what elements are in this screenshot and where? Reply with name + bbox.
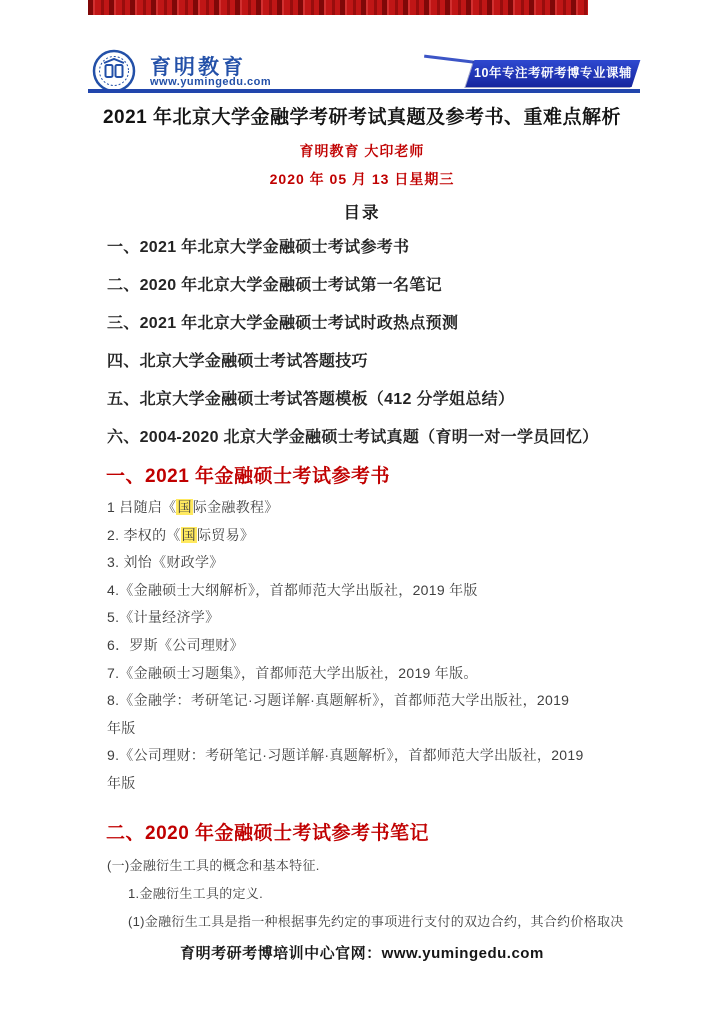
doc-date: 2020 年 05 月 13 日星期三 <box>0 169 724 189</box>
book-item-6: 6．罗斯《公司理财》 <box>107 632 636 660</box>
toc-heading: 目录 <box>0 199 724 223</box>
book-item-5: 5.《计量经济学》 <box>107 604 636 632</box>
toc-item-5: 五、北京大学金融硕士考试答题模板（412 分学姐总结） <box>107 389 598 411</box>
book-item-1: 1 吕随启《国际金融教程》 <box>107 494 636 522</box>
book-text: 2. 李权的《 <box>107 527 181 543</box>
book-list: 1 吕随启《国际金融教程》 2. 李权的《国际贸易》 3. 刘怡《财政学》 4.… <box>107 494 636 798</box>
footer-text: 育明考研考博培训中心官网：www.yumingedu.com <box>0 942 724 963</box>
toc-item-4: 四、北京大学金融硕士考试答题技巧 <box>107 351 598 373</box>
header-rule <box>88 89 640 93</box>
note-line-3: (1)金融衍生工具是指一种根据事先约定的事项进行支付的双边合约，其合约价格取决 <box>128 911 624 930</box>
doc-title: 2021 年北京大学金融学考研考试真题及参考书、重难点解析 <box>0 102 724 129</box>
section-1-heading: 一、2021 年金融硕士考试参考书 <box>106 461 390 488</box>
promo-ribbon: 10年专注考研考博专业课辅导 <box>470 60 636 87</box>
book-item-7: 7.《金融硕士习题集》，首都师范大学出版社，2019 年版。 <box>107 660 636 688</box>
toc-item-3: 三、2021 年北京大学金融硕士考试时政热点预测 <box>107 313 598 335</box>
toc-item-1: 一、2021 年北京大学金融硕士考试参考书 <box>107 237 598 259</box>
note-line-2: 1.金融衍生工具的定义. <box>128 883 263 902</box>
book-item-4: 4.《金融硕士大纲解析》，首都师范大学出版社，2019 年版 <box>107 577 636 605</box>
section-2-heading: 二、2020 年金融硕士考试参考书笔记 <box>106 818 429 845</box>
book-item-8: 8.《金融学：考研笔记·习题详解·真题解析》，首都师范大学出版社，2019 年版 <box>107 687 636 742</box>
toc-item-2: 二、2020 年北京大学金融硕士考试第一名笔记 <box>107 275 598 297</box>
book-item-3: 3. 刘怡《财政学》 <box>107 549 636 577</box>
yuming-logo-icon <box>92 49 136 93</box>
book-text: 际金融教程》 <box>193 499 279 515</box>
toc-list: 一、2021 年北京大学金融硕士考试参考书 二、2020 年北京大学金融硕士考试… <box>107 237 598 465</box>
book-text: 1 吕随启《 <box>107 499 176 515</box>
highlight-mark: 国 <box>176 499 192 515</box>
book-item-9: 9.《公司理财：考研笔记·习题详解·真题解析》，首都师范大学出版社，2019 年… <box>107 742 636 797</box>
highlight-mark: 国 <box>181 527 197 543</box>
document-page: 育明教育 www.yumingedu.com 10年专注考研考博专业课辅导 20… <box>0 0 724 1024</box>
byline: 育明教育 大印老师 <box>0 141 724 161</box>
toc-item-6: 六、2004-2020 北京大学金融硕士考试真题（育明一对一学员回忆） <box>107 427 598 449</box>
note-line-1: (一)金融衍生工具的概念和基本特征. <box>107 855 320 874</box>
top-ornament-bar <box>88 0 588 15</box>
brand-url: www.yumingedu.com <box>150 76 271 88</box>
book-item-2: 2. 李权的《国际贸易》 <box>107 522 636 550</box>
book-text: 际贸易》 <box>197 527 254 543</box>
